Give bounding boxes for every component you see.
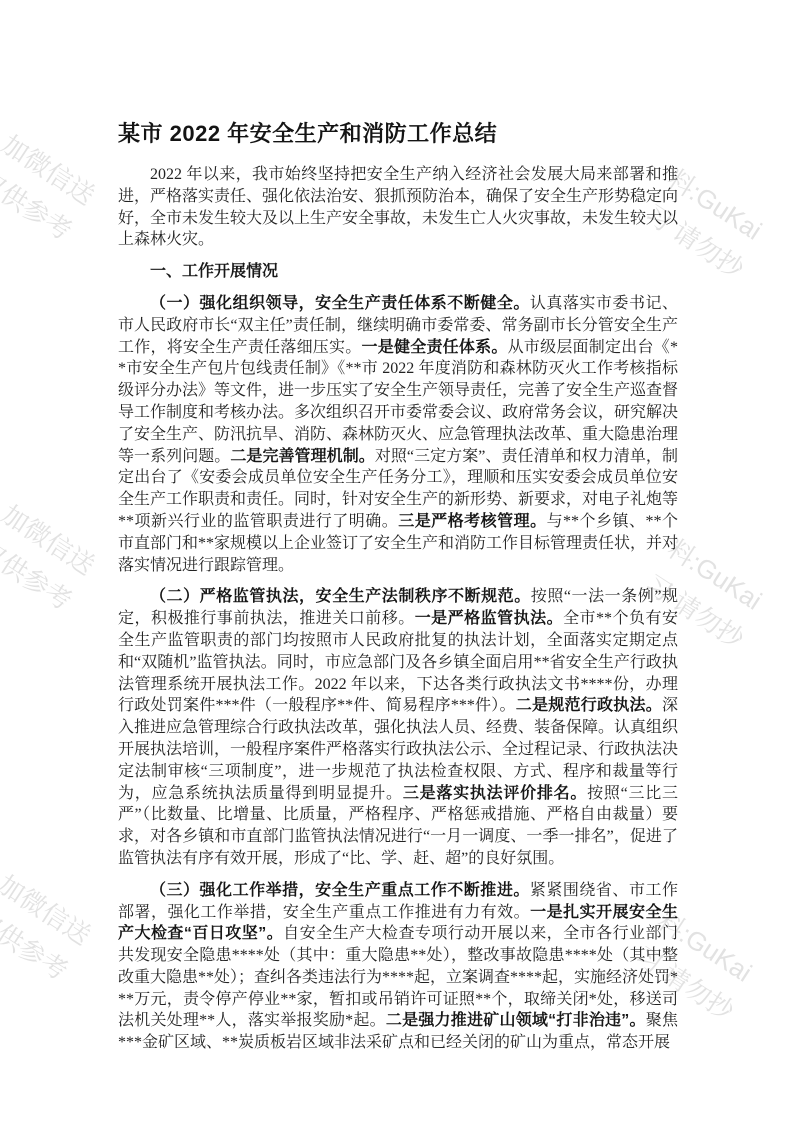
bold-run: 一是严格监管执法。 [415, 610, 563, 627]
paragraph-section-1: （一）强化组织领导，安全生产责任体系不断健全。认真落实市委书记、市人民政府市长“… [118, 293, 678, 576]
document-content: 某市 2022 年安全生产和消防工作总结 2022 年以来，我市始终坚持把安全生… [0, 0, 793, 1054]
document-page: 加微信送 仅供参考 加微信送 仅供参考 加微信送 仅供参考 料:GuKai 习 … [0, 0, 793, 1122]
bold-run: 二是规范行政执法。 [516, 697, 662, 714]
text-run: 从市级层面制定出台《**市安全生产包片包线责任制》《**市 2022 年度消防和… [118, 339, 678, 465]
text-run: 2022 年以来，我市始终坚持把安全生产纳入经济社会发展大局来部署和推进，严格落… [118, 166, 678, 248]
bold-run: （一）强化组织领导，安全生产责任体系不断健全。 [150, 295, 530, 312]
bold-run: 三是落实执法评价排名。 [403, 785, 587, 802]
bold-run: 一是健全责任体系。 [362, 339, 508, 356]
bold-run: 二是强力推进矿山领域“打非治违”。 [386, 1012, 646, 1029]
bold-run: （三）强化工作举措，安全生产重点工作不断推进。 [150, 882, 530, 899]
paragraph-section-3: （三）强化工作举措，安全生产重点工作不断推进。紧紧围绕省、市工作部署，强化工作举… [118, 880, 678, 1054]
paragraph-intro: 2022 年以来，我市始终坚持把安全生产纳入经济社会发展大局来部署和推进，严格落… [118, 164, 678, 251]
paragraph-section-2: （二）严格监管执法，安全生产法制秩序不断规范。按照“一法一条例”规定，积极推行事… [118, 586, 678, 869]
bold-run: 三是严格考核管理。 [398, 513, 546, 530]
document-title: 某市 2022 年安全生产和消防工作总结 [118, 119, 678, 149]
bold-run: （二）严格监管执法，安全生产法制秩序不断规范。 [150, 588, 531, 605]
section-heading-1: 一、工作开展情况 [118, 261, 678, 283]
bold-run: 二是完善管理机制。 [230, 448, 374, 465]
